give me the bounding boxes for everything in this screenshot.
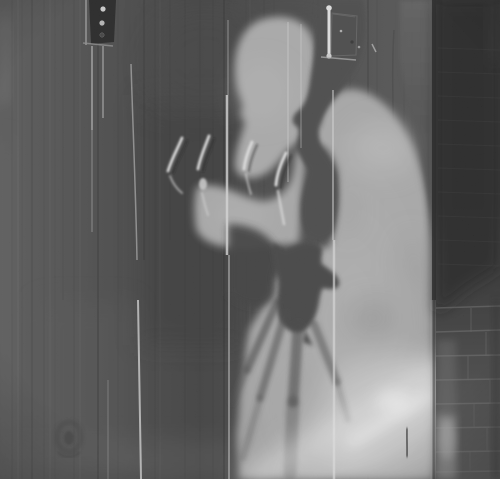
photo-canvas: Photographer's shadow self-portrait on a…: [0, 0, 500, 479]
film-grain: [0, 0, 500, 479]
photograph: Photographer's shadow self-portrait on a…: [0, 0, 500, 479]
